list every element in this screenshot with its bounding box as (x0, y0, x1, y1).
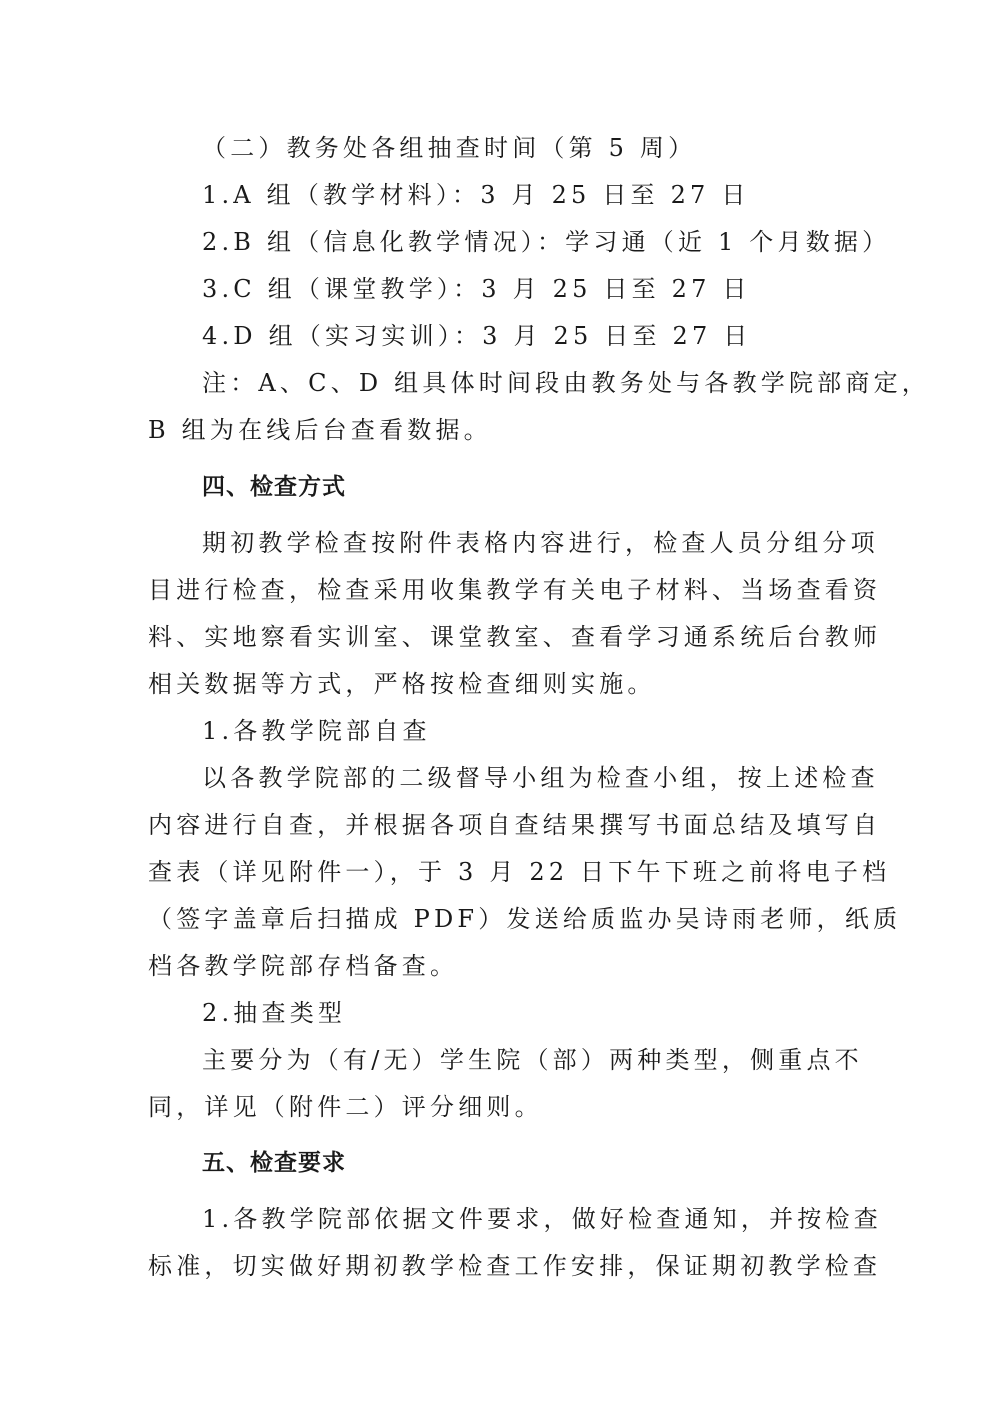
paragraph-line: 以各教学院部的二级督导小组为检查小组，按上述检查 (202, 763, 848, 793)
paragraph-line: 内容进行自查，并根据各项自查结果撰写书面总结及填写自 (148, 810, 848, 840)
list-item-group-a: 1.A 组（教学材料）：3 月 25 日至 27 日 (202, 180, 848, 210)
section-heading-inspection-requirements: 五、检查要求 (202, 1148, 848, 1178)
paragraph-line: （签字盖章后扫描成 PDF）发送给质监办吴诗雨老师，纸质 (148, 904, 848, 934)
subheading-self-check: 1.各教学院部自查 (202, 716, 848, 746)
subheading-spot-check-type: 2.抽查类型 (202, 998, 848, 1028)
paragraph-line: 查表（详见附件一），于 3 月 22 日下午下班之前将电子档 (148, 857, 848, 887)
note-line-2: B 组为在线后台查看数据。 (148, 415, 848, 445)
paragraph-line: 同，详见（附件二）评分细则。 (148, 1092, 848, 1122)
paragraph-line: 主要分为（有/无）学生院（部）两种类型，侧重点不 (202, 1045, 848, 1075)
paragraph-line: 相关数据等方式，严格按检查细则实施。 (148, 669, 848, 699)
paragraph-line: 档各教学院部存档备查。 (148, 951, 848, 981)
section-heading-inspection-method: 四、检查方式 (202, 472, 848, 502)
paragraph-line: 料、实地察看实训室、课堂教室、查看学习通系统后台教师 (148, 622, 848, 652)
paragraph-line: 标准，切实做好期初教学检查工作安排，保证期初教学检查 (148, 1251, 848, 1281)
document-page: （二）教务处各组抽查时间（第 5 周） 1.A 组（教学材料）：3 月 25 日… (0, 0, 992, 1403)
section-subheading-spot-check-time: （二）教务处各组抽查时间（第 5 周） (202, 133, 848, 163)
list-item-group-d: 4.D 组（实习实训）：3 月 25 日至 27 日 (202, 321, 848, 351)
list-item-group-c: 3.C 组（课堂教学）：3 月 25 日至 27 日 (202, 274, 848, 304)
paragraph-line: 1.各教学院部依据文件要求，做好检查通知，并按检查 (202, 1204, 848, 1234)
list-item-group-b: 2.B 组（信息化教学情况）：学习通（近 1 个月数据） (202, 227, 848, 257)
paragraph-line: 期初教学检查按附件表格内容进行，检查人员分组分项 (202, 528, 848, 558)
note-line-1: 注：A、C、D 组具体时间段由教务处与各教学院部商定， (202, 368, 848, 398)
paragraph-line: 目进行检查，检查采用收集教学有关电子材料、当场查看资 (148, 575, 848, 605)
